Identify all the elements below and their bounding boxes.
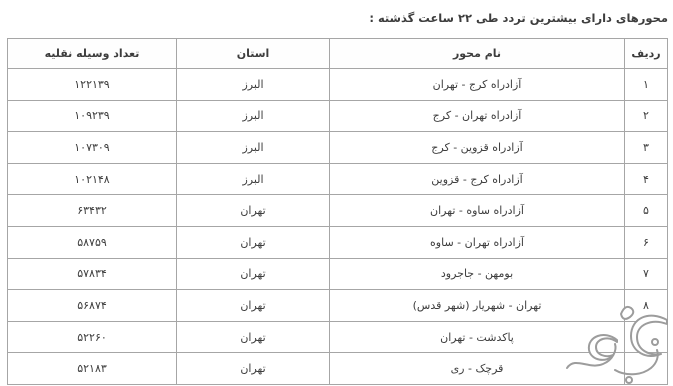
cell-province: تهران <box>177 321 330 353</box>
table-row: ۲ آزادراه تهران - کرج البرز ۱۰۹۲۳۹ <box>8 100 668 132</box>
cell-rank: ۱ <box>625 69 668 101</box>
cell-vehicles: ۵۸۷۵۹ <box>8 226 177 258</box>
cell-province: البرز <box>177 69 330 101</box>
cell-province: تهران <box>177 195 330 227</box>
page-title: محورهای دارای بیشترین تردد طی ۲۲ ساعت گذ… <box>369 11 668 25</box>
cell-province: تهران <box>177 290 330 322</box>
cell-rank: ۶ <box>625 226 668 258</box>
cell-rank: ۴ <box>625 163 668 195</box>
cell-rank: ۸ <box>625 290 668 322</box>
header-province: استان <box>177 39 330 69</box>
report-page: محورهای دارای بیشترین تردد طی ۲۲ ساعت گذ… <box>0 0 673 386</box>
cell-vehicles: ۶۳۴۳۲ <box>8 195 177 227</box>
header-rank: ردیف <box>625 39 668 69</box>
cell-province: تهران <box>177 258 330 290</box>
cell-province: البرز <box>177 132 330 164</box>
cell-rank <box>625 321 668 353</box>
traffic-table: ردیف نام محور استان تعداد وسیله نقلیه ۱ … <box>7 38 668 385</box>
cell-province: تهران <box>177 226 330 258</box>
cell-route: آزادراه کرج - قزوین <box>330 163 625 195</box>
cell-route: آزادراه تهران - کرج <box>330 100 625 132</box>
cell-rank: ۲ <box>625 100 668 132</box>
cell-vehicles: ۵۲۲۶۰ <box>8 321 177 353</box>
cell-route: آزادراه قزوین - کرج <box>330 132 625 164</box>
cell-rank <box>625 353 668 385</box>
cell-route: آزادراه ساوه - تهران <box>330 195 625 227</box>
cell-province: البرز <box>177 163 330 195</box>
table-row: ۵ آزادراه ساوه - تهران تهران ۶۳۴۳۲ <box>8 195 668 227</box>
header-row: ردیف نام محور استان تعداد وسیله نقلیه <box>8 39 668 69</box>
cell-route: تهران - شهریار (شهر قدس) <box>330 290 625 322</box>
cell-province: البرز <box>177 100 330 132</box>
table-row: ۳ آزادراه قزوین - کرج البرز ۱۰۷۳۰۹ <box>8 132 668 164</box>
table-row: ۶ آزادراه تهران - ساوه تهران ۵۸۷۵۹ <box>8 226 668 258</box>
cell-vehicles: ۵۷۸۳۴ <box>8 258 177 290</box>
cell-rank: ۵ <box>625 195 668 227</box>
table-row: قرچک - ری تهران ۵۲۱۸۳ <box>8 353 668 385</box>
table-row: ۱ آزادراه کرج - تهران البرز ۱۲۲۱۳۹ <box>8 69 668 101</box>
cell-route: آزادراه تهران - ساوه <box>330 226 625 258</box>
header-vehicles: تعداد وسیله نقلیه <box>8 39 177 69</box>
cell-route: قرچک - ری <box>330 353 625 385</box>
table-body: ۱ آزادراه کرج - تهران البرز ۱۲۲۱۳۹ ۲ آزا… <box>8 69 668 385</box>
table-row: ۷ بومهن - جاجرود تهران ۵۷۸۳۴ <box>8 258 668 290</box>
cell-vehicles: ۵۶۸۷۴ <box>8 290 177 322</box>
cell-route: بومهن - جاجرود <box>330 258 625 290</box>
cell-vehicles: ۵۲۱۸۳ <box>8 353 177 385</box>
table-row: ۴ آزادراه کرج - قزوین البرز ۱۰۲۱۴۸ <box>8 163 668 195</box>
header-route: نام محور <box>330 39 625 69</box>
cell-province: تهران <box>177 353 330 385</box>
cell-vehicles: ۱۰۹۲۳۹ <box>8 100 177 132</box>
cell-rank: ۷ <box>625 258 668 290</box>
cell-rank: ۳ <box>625 132 668 164</box>
cell-vehicles: ۱۰۲۱۴۸ <box>8 163 177 195</box>
cell-vehicles: ۱۲۲۱۳۹ <box>8 69 177 101</box>
cell-route: آزادراه کرج - تهران <box>330 69 625 101</box>
table-row: پاکدشت - تهران تهران ۵۲۲۶۰ <box>8 321 668 353</box>
cell-vehicles: ۱۰۷۳۰۹ <box>8 132 177 164</box>
table-row: ۸ تهران - شهریار (شهر قدس) تهران ۵۶۸۷۴ <box>8 290 668 322</box>
cell-route: پاکدشت - تهران <box>330 321 625 353</box>
